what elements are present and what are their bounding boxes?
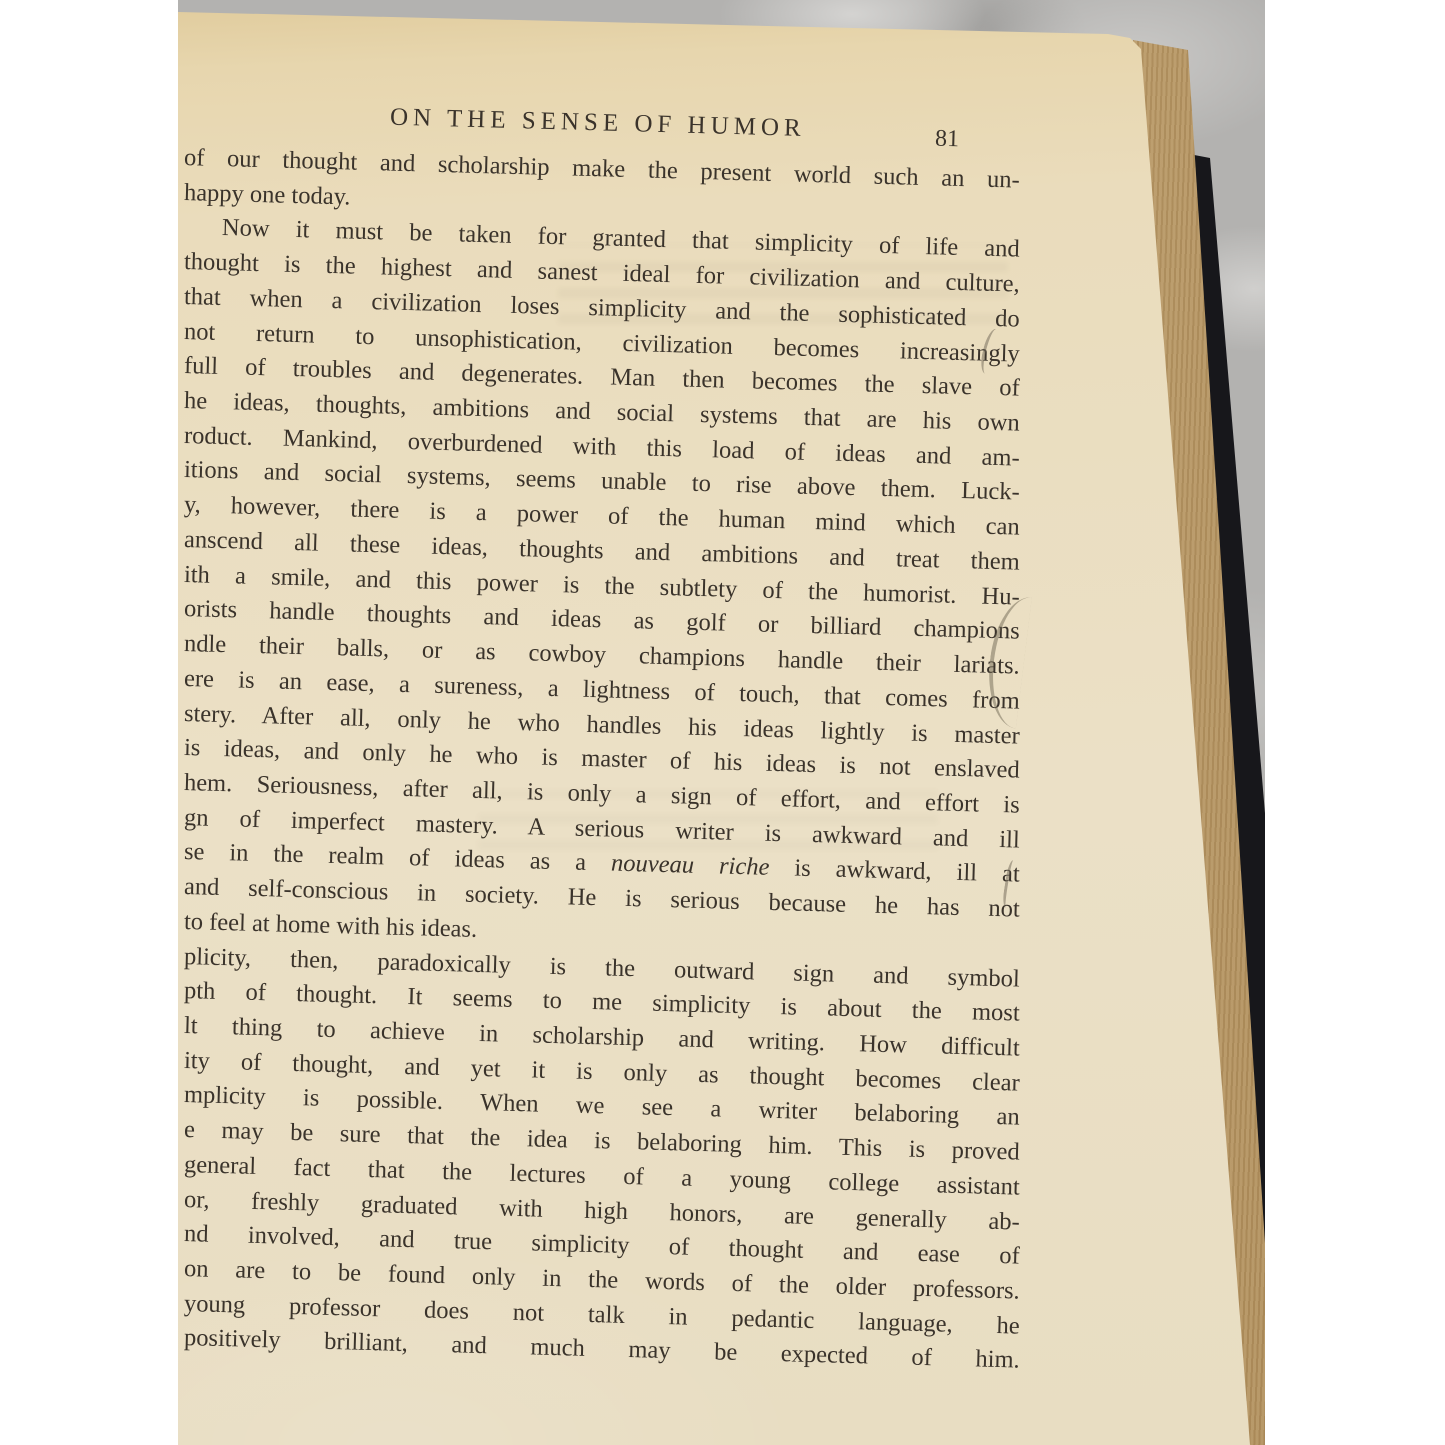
photo-frame: ON THE SENSE OF HUMOR 81 of our thought … [0, 0, 1445, 1445]
text-block: of our thought and scholarship make the … [184, 141, 1020, 1356]
italic-text: nouveau riche [611, 850, 770, 881]
text-segment: is awkward, ill at [769, 854, 1020, 888]
book-photo: ON THE SENSE OF HUMOR 81 of our thought … [178, 0, 1265, 1445]
book-page: ON THE SENSE OF HUMOR 81 of our thought … [178, 0, 1265, 1445]
